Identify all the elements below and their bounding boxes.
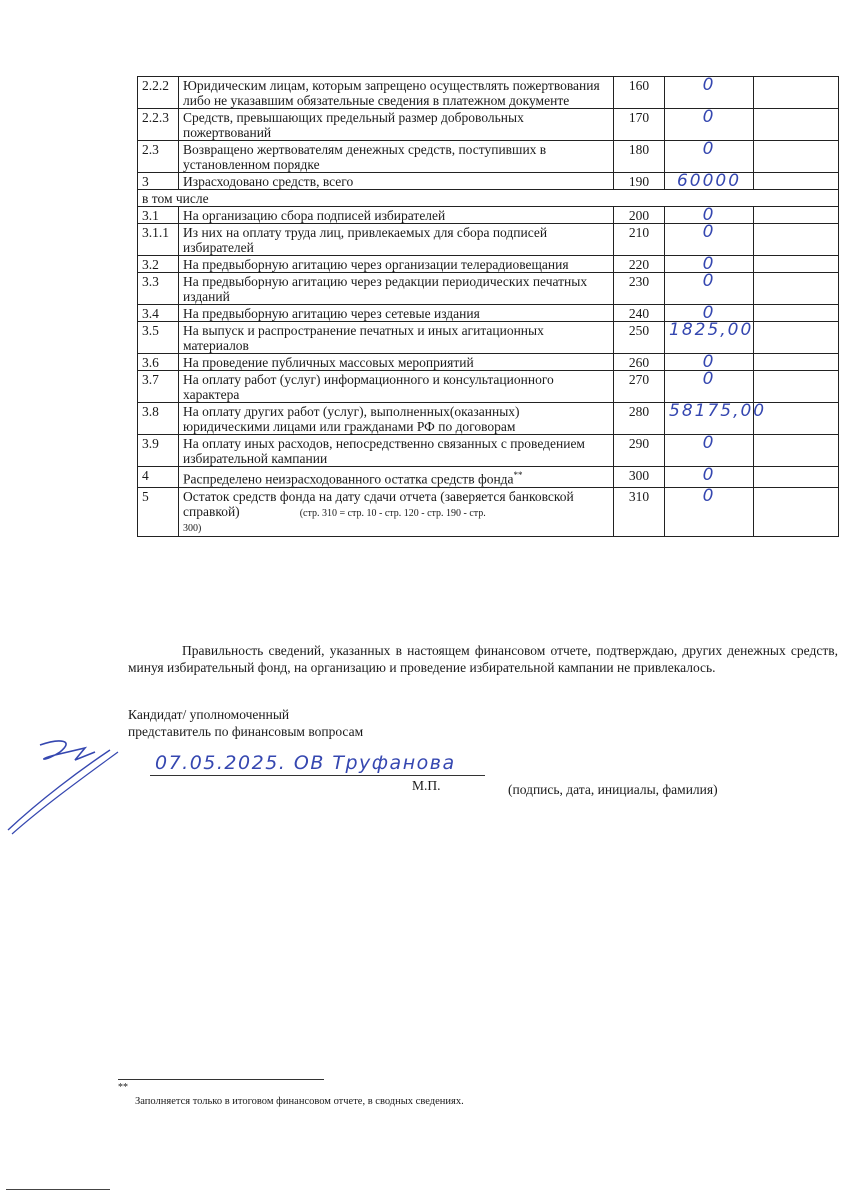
footnote-reference: ** xyxy=(514,470,523,480)
table-row: 3.2На предвыборную агитацию через органи… xyxy=(138,256,839,273)
table-row: 3.5На выпуск и распространение печатных … xyxy=(138,322,839,354)
row-notes xyxy=(754,371,839,403)
row-value: 0 xyxy=(665,256,754,273)
row-number: 3.4 xyxy=(138,305,179,322)
row-description: На оплату иных расходов, непосредственно… xyxy=(179,435,614,467)
row-code: 220 xyxy=(614,256,665,273)
row-notes xyxy=(754,256,839,273)
row-description: На предвыборную агитацию через сетевые и… xyxy=(179,305,614,322)
confirmation-text: Правильность сведений, указанных в насто… xyxy=(128,642,838,676)
row-notes xyxy=(754,305,839,322)
row-code: 180 xyxy=(614,141,665,173)
row-description: Остаток средств фонда на дату сдачи отче… xyxy=(179,487,614,536)
row-description-text: На выпуск и распространение печатных и и… xyxy=(183,323,544,353)
footnote-mark: ** xyxy=(118,1082,128,1093)
row-code: 260 xyxy=(614,354,665,371)
row-code: 290 xyxy=(614,435,665,467)
row-number: 4 xyxy=(138,467,179,488)
row-number: 3.6 xyxy=(138,354,179,371)
table-row: 3Израсходовано средств, всего19060000 xyxy=(138,173,839,190)
row-description: На проведение публичных массовых меропри… xyxy=(179,354,614,371)
row-description: Израсходовано средств, всего xyxy=(179,173,614,190)
row-number: 3.1 xyxy=(138,207,179,224)
row-value: 0 xyxy=(665,141,754,173)
row-number: 3.1.1 xyxy=(138,224,179,256)
table-row: 3.3На предвыборную агитацию через редакц… xyxy=(138,273,839,305)
row-notes xyxy=(754,354,839,371)
row-value: 0 xyxy=(665,207,754,224)
row-number: 3.9 xyxy=(138,435,179,467)
row-notes xyxy=(754,224,839,256)
table-row: 2.2.3Средств, превышающих предельный раз… xyxy=(138,109,839,141)
row-formula-tail: 300) xyxy=(183,521,609,536)
section-label: в том числе xyxy=(138,190,839,207)
signature-line xyxy=(150,775,485,776)
row-description: На выпуск и распространение печатных и и… xyxy=(179,322,614,354)
row-notes xyxy=(754,273,839,305)
row-description: Из них на оплату труда лиц, привлекаемых… xyxy=(179,224,614,256)
row-description: На предвыборную агитацию через редакции … xyxy=(179,273,614,305)
row-notes xyxy=(754,403,839,435)
row-value: 58175,00 xyxy=(665,403,754,435)
row-number: 2.2.2 xyxy=(138,77,179,109)
row-number: 2.2.3 xyxy=(138,109,179,141)
row-notes xyxy=(754,109,839,141)
row-description-text: Средств, превышающих предельный размер д… xyxy=(183,110,524,140)
row-number: 3.2 xyxy=(138,256,179,273)
role-line-1: Кандидат/ уполномоченный xyxy=(128,706,363,723)
row-description: На организацию сбора подписей избирателе… xyxy=(179,207,614,224)
row-code: 250 xyxy=(614,322,665,354)
table-row: 5Остаток средств фонда на дату сдачи отч… xyxy=(138,487,839,536)
row-description-text: На проведение публичных массовых меропри… xyxy=(183,355,474,370)
table-row: 3.1.1Из них на оплату труда лиц, привлек… xyxy=(138,224,839,256)
row-code: 300 xyxy=(614,467,665,488)
row-code: 240 xyxy=(614,305,665,322)
table-row: 3.8На оплату других работ (услуг), выпол… xyxy=(138,403,839,435)
row-notes xyxy=(754,467,839,488)
row-number: 3.7 xyxy=(138,371,179,403)
row-number: 3.5 xyxy=(138,322,179,354)
row-value: 0 xyxy=(665,487,754,536)
row-notes xyxy=(754,487,839,536)
row-description-text: На предвыборную агитацию через сетевые и… xyxy=(183,306,480,321)
row-value: 0 xyxy=(665,273,754,305)
table-row: 4Распределено неизрасходованного остатка… xyxy=(138,467,839,488)
confirmation-statement: Правильность сведений, указанных в насто… xyxy=(128,642,838,676)
row-number: 3 xyxy=(138,173,179,190)
table-row: 3.9На оплату иных расходов, непосредстве… xyxy=(138,435,839,467)
row-description: На оплату других работ (услуг), выполнен… xyxy=(179,403,614,435)
row-number: 3.8 xyxy=(138,403,179,435)
row-value: 0 xyxy=(665,109,754,141)
table-row: 3.7На оплату работ (услуг) информационно… xyxy=(138,371,839,403)
row-value: 0 xyxy=(665,435,754,467)
row-notes xyxy=(754,173,839,190)
row-description-text: На организацию сбора подписей избирателе… xyxy=(183,208,445,223)
row-notes xyxy=(754,322,839,354)
table-row: 2.3Возвращено жертвователям денежных сре… xyxy=(138,141,839,173)
row-description: На оплату работ (услуг) информационного … xyxy=(179,371,614,403)
row-description: На предвыборную агитацию через организац… xyxy=(179,256,614,273)
row-code: 280 xyxy=(614,403,665,435)
row-code: 200 xyxy=(614,207,665,224)
financial-report-table: 2.2.2Юридическим лицам, которым запрещен… xyxy=(137,76,839,537)
row-description-text: Из них на оплату труда лиц, привлекаемых… xyxy=(183,225,547,255)
stamp-label: М.П. xyxy=(412,778,441,794)
row-value: 0 xyxy=(665,77,754,109)
row-description-text: На оплату иных расходов, непосредственно… xyxy=(183,436,585,466)
row-code: 190 xyxy=(614,173,665,190)
row-description-text: Израсходовано средств, всего xyxy=(183,174,353,189)
row-code: 310 xyxy=(614,487,665,536)
row-number: 2.3 xyxy=(138,141,179,173)
row-number: 5 xyxy=(138,487,179,536)
row-description-text: На оплату работ (услуг) информационного … xyxy=(183,372,554,402)
row-number: 3.3 xyxy=(138,273,179,305)
row-description: Возвращено жертвователям денежных средст… xyxy=(179,141,614,173)
row-value: 0 xyxy=(665,305,754,322)
handwritten-signature: 07.05.2025. ОВ Труфанова xyxy=(155,752,456,774)
row-value: 1825,00 xyxy=(665,322,754,354)
table-row: 3.6На проведение публичных массовых меро… xyxy=(138,354,839,371)
row-description-text: Распределено неизрасходованного остатка … xyxy=(183,472,514,487)
row-notes xyxy=(754,141,839,173)
row-notes xyxy=(754,77,839,109)
footnote-text: Заполняется только в итоговом финансовом… xyxy=(135,1096,464,1107)
table-row: 3.4На предвыборную агитацию через сетевы… xyxy=(138,305,839,322)
row-value: 0 xyxy=(665,371,754,403)
row-code: 170 xyxy=(614,109,665,141)
row-description: Юридическим лицам, которым запрещено осу… xyxy=(179,77,614,109)
row-notes xyxy=(754,207,839,224)
row-code: 230 xyxy=(614,273,665,305)
row-value: 60000 xyxy=(665,173,754,190)
row-code: 210 xyxy=(614,224,665,256)
row-value: 0 xyxy=(665,224,754,256)
row-code: 160 xyxy=(614,77,665,109)
row-description-text: На предвыборную агитацию через редакции … xyxy=(183,274,587,304)
row-value: 0 xyxy=(665,354,754,371)
table-row: в том числе xyxy=(138,190,839,207)
row-value: 0 xyxy=(665,467,754,488)
row-formula: (стр. 310 = стр. 10 - стр. 120 - стр. 19… xyxy=(300,508,486,519)
report-page: 2.2.2Юридическим лицам, которым запрещен… xyxy=(0,0,849,1200)
row-description-text: На предвыборную агитацию через организац… xyxy=(183,257,569,272)
page-edge-line xyxy=(6,1189,110,1190)
signature-flourish-icon xyxy=(0,730,200,840)
row-description-text: На оплату других работ (услуг), выполнен… xyxy=(183,404,520,434)
row-notes xyxy=(754,435,839,467)
signature-caption: (подпись, дата, инициалы, фамилия) xyxy=(508,782,718,798)
table-row: 3.1На организацию сбора подписей избират… xyxy=(138,207,839,224)
row-code: 270 xyxy=(614,371,665,403)
row-description-text: Возвращено жертвователям денежных средст… xyxy=(183,142,546,172)
row-description: Распределено неизрасходованного остатка … xyxy=(179,467,614,488)
row-description: Средств, превышающих предельный размер д… xyxy=(179,109,614,141)
footnote-divider xyxy=(118,1079,324,1080)
row-description-text: Юридическим лицам, которым запрещено осу… xyxy=(183,78,600,108)
table-row: 2.2.2Юридическим лицам, которым запрещен… xyxy=(138,77,839,109)
